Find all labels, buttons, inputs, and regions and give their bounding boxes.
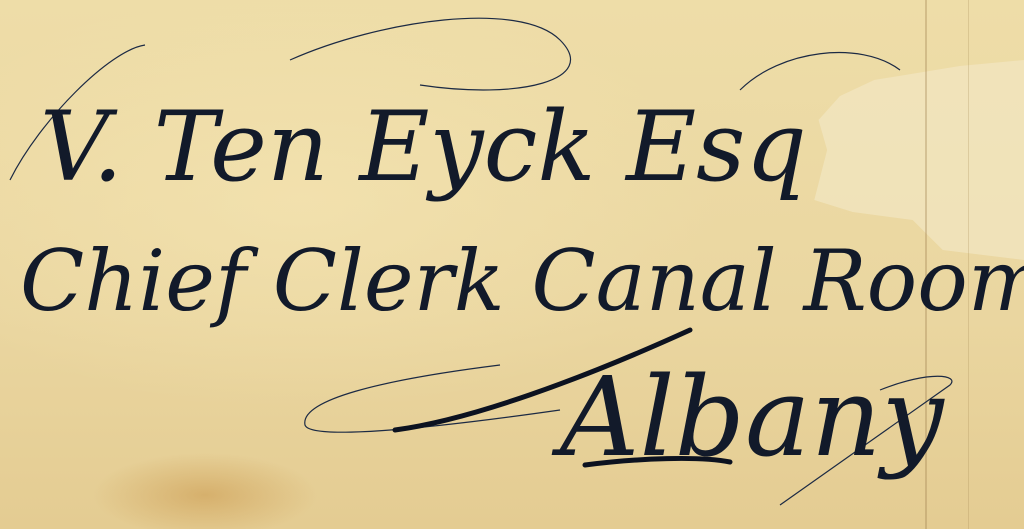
ink-handwriting: V. Ten Eyck Esq Chief Clerk Canal Room A…	[0, 0, 1024, 529]
flourish-esq	[740, 53, 900, 90]
envelope-paper: V. Ten Eyck Esq Chief Clerk Canal Room A…	[0, 0, 1024, 529]
address-line-1: V. Ten Eyck Esq	[40, 91, 807, 203]
address-line-3: Albany	[551, 353, 945, 481]
address-line-2: Chief Clerk Canal Room	[20, 232, 1024, 330]
flourish-top	[290, 18, 571, 90]
